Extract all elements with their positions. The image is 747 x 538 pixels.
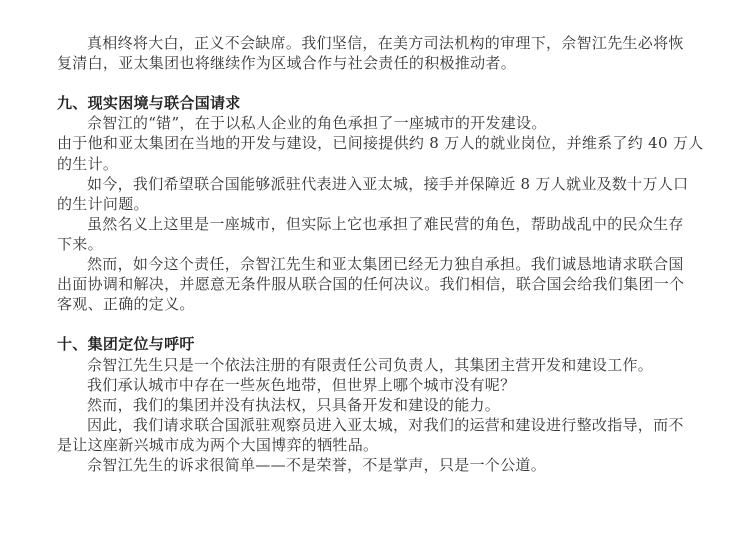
text-line: 如今，我们希望联合国能够派驻代表进入亚太城，接手并保障近 8 万人就业及数十万人… [57,174,691,194]
text-line: 佘智江的“错”，在于以私人企业的角色承担了一座城市的开发建设。 [57,113,691,133]
text-line: 我们承认城市中存在一些灰色地带，但世界上哪个城市没有呢？ [57,375,691,395]
text-line: 虽然名义上这里是一座城市，但实际上它也承担了难民营的角色，帮助战乱中的民众生存 [57,214,691,234]
text-line: 下来。 [57,234,691,254]
text-line: 是让这座新兴城市成为两个大国博弈的牺牲品。 [57,435,691,455]
blank-line [57,314,691,334]
text-line: 由于他和亚太集团在当地的开发与建设，已间接提供约 8 万人的就业岗位，并维系了约… [57,133,691,153]
text-line: 真相终将大白，正义不会缺席。我们坚信，在美方司法机构的审理下，佘智江先生必将恢 [57,33,691,53]
section-heading: 十、集团定位与呼吁 [57,334,691,354]
text-line: 客观、正确的定义。 [57,294,691,314]
text-line: 的生计问题。 [57,194,691,214]
document-body: 真相终将大白，正义不会缺席。我们坚信，在美方司法机构的审理下，佘智江先生必将恢复… [57,33,691,475]
text-line: 然而，我们的集团并没有执法权，只具备开发和建设的能力。 [57,395,691,415]
text-line: 出面协调和解决，并愿意无条件服从联合国的任何决议。我们相信，联合国会给我们集团一… [57,274,691,294]
text-line: 佘智江先生只是一个依法注册的有限责任公司负责人，其集团主营开发和建设工作。 [57,355,691,375]
section-heading: 九、现实困境与联合国请求 [57,93,691,113]
text-line: 因此，我们请求联合国派驻观察员进入亚太城，对我们的运营和建设进行整改指导，而不 [57,415,691,435]
text-line: 然而，如今这个责任，佘智江先生和亚太集团已经无力独自承担。我们诚恳地请求联合国 [57,254,691,274]
text-line: 的生计。 [57,154,691,174]
document-page: 真相终将大白，正义不会缺席。我们坚信，在美方司法机构的审理下，佘智江先生必将恢复… [0,0,747,538]
text-line: 佘智江先生的诉求很简单——不是荣誉，不是掌声，只是一个公道。 [57,455,691,475]
text-line: 复清白，亚太集团也将继续作为区域合作与社会责任的积极推动者。 [57,53,691,73]
blank-line [57,73,691,93]
